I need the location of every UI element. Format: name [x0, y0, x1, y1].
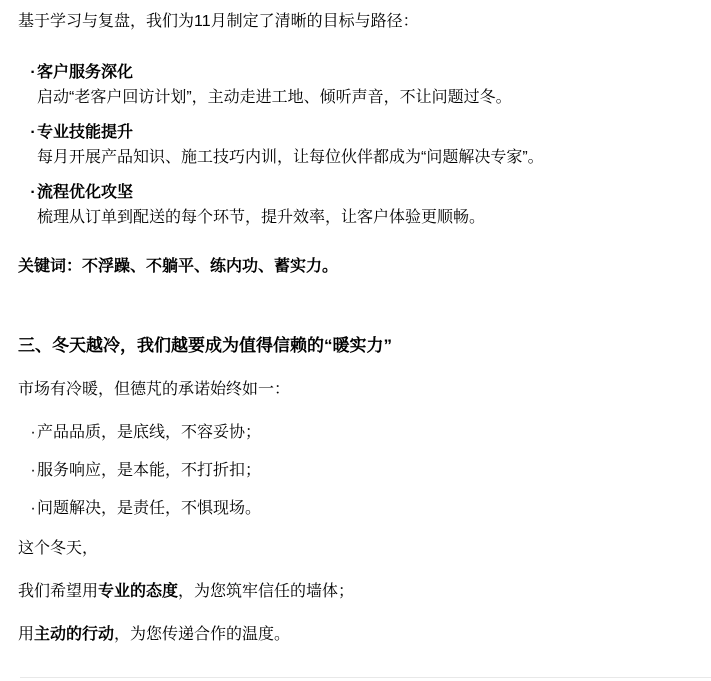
commitment-text: 服务响应，是本能，不打折扣；	[37, 458, 261, 483]
closing-text: ，为您筑牢信任的墙体；	[178, 583, 354, 600]
goal-title: 流程优化攻坚	[37, 180, 485, 205]
intro-paragraph: 基于学习与复盘，我们为11月制定了清晰的目标与路径：	[18, 9, 695, 34]
lead-paragraph: 市场有冷暖，但德芃的承诺始终如一：	[18, 377, 695, 402]
closing-paragraph: 我们希望用专业的态度，为您筑牢信任的墙体；	[18, 579, 695, 604]
goal-description: 梳理从订单到配送的每个环节，提升效率，让客户体验更顺畅。	[37, 205, 485, 230]
list-item: · 服务响应，是本能，不打折扣；	[18, 458, 695, 483]
list-item: · 专业技能提升 每月开展产品知识、施工技巧内训，让每位伙伴都成为“问题解决专家…	[18, 120, 695, 170]
closing-paragraph: 用主动的行动，为您传递合作的温度。	[18, 622, 695, 647]
closing-text: 我们希望用	[18, 583, 98, 600]
list-item: · 问题解决，是责任，不惧现场。	[18, 496, 695, 521]
goal-description: 每月开展产品知识、施工技巧内训，让每位伙伴都成为“问题解决专家”。	[37, 145, 544, 170]
closing-paragraph: 这个冬天，	[18, 536, 695, 561]
bullet-icon: ·	[29, 496, 37, 521]
list-item: · 客户服务深化 启动“老客户回访计划”，主动走进工地、倾听声音，不让问题过冬。	[18, 60, 695, 110]
goal-title: 专业技能提升	[37, 120, 544, 145]
goal-title: 客户服务深化	[37, 60, 512, 85]
commitment-text: 产品品质，是底线，不容妥协；	[37, 420, 261, 445]
goal-description: 启动“老客户回访计划”，主动走进工地、倾听声音，不让问题过冬。	[37, 85, 512, 110]
bullet-icon: ·	[29, 180, 37, 205]
bullet-icon: ·	[29, 120, 37, 145]
commitment-text: 问题解决，是责任，不惧现场。	[37, 496, 261, 521]
list-item: · 流程优化攻坚 梳理从订单到配送的每个环节，提升效率，让客户体验更顺畅。	[18, 180, 695, 230]
bullet-icon: ·	[29, 420, 37, 445]
closing-text: ，为您传递合作的温度。	[114, 626, 290, 643]
keywords-paragraph: 关键词：不浮躁、不躺平、练内功、蓄实力。	[18, 254, 695, 279]
list-item: · 产品品质，是底线，不容妥协；	[18, 420, 695, 445]
closing-text: 用	[18, 626, 34, 643]
closing-bold-text: 用主动的行动	[18, 626, 114, 643]
article-body: 基于学习与复盘，我们为11月制定了清晰的目标与路径： · 客户服务深化 启动“老…	[0, 0, 711, 678]
closing-bold-text: 专业的态度	[98, 583, 178, 600]
section-heading: 三、冬天越冷，我们越要成为值得信赖的“暖实力”	[18, 333, 695, 359]
footer-divider	[20, 677, 711, 678]
bullet-icon: ·	[29, 60, 37, 85]
bullet-icon: ·	[29, 458, 37, 483]
goal-list: · 客户服务深化 启动“老客户回访计划”，主动走进工地、倾听声音，不让问题过冬。…	[18, 60, 695, 230]
commitment-list: · 产品品质，是底线，不容妥协； · 服务响应，是本能，不打折扣； · 问题解决…	[18, 420, 695, 521]
